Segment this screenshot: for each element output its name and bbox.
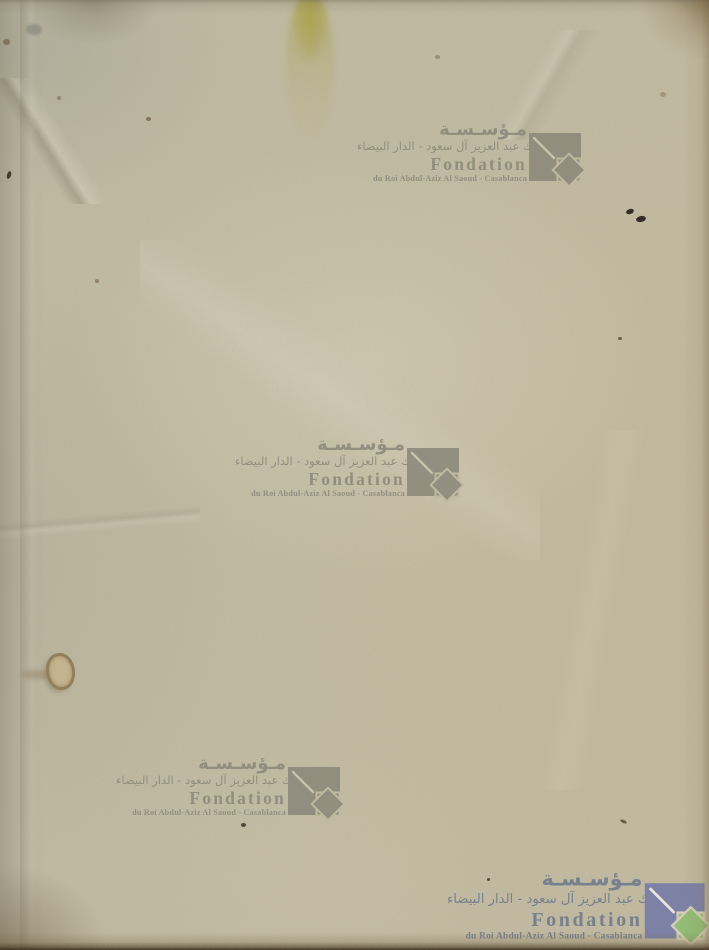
watermark-arabic-title: مـؤسـسـة: [116, 755, 286, 773]
paper-crease: [0, 498, 200, 542]
ink-speck: [620, 819, 628, 825]
watermark-arabic-title: مـؤسـسـة: [357, 121, 527, 139]
watermark-arabic-subtitle: الملك عبد العزيز آل سعود - الدار البيضاء: [447, 890, 643, 907]
ink-speck: [57, 96, 61, 100]
watermark-latin-title: Fondation: [235, 469, 405, 489]
foundation-watermark-top: مـؤسـسـة الملك عبد العزيز آل سعود - الدا…: [357, 118, 587, 188]
foundation-logo-icon: [529, 132, 587, 188]
ink-speck: [635, 215, 646, 223]
ink-speck: [625, 208, 634, 215]
watermark-latin-title: Fondation: [447, 907, 643, 930]
paper-corner-curl: [635, 0, 709, 150]
scanned-page: مـؤسـسـة الملك عبد العزيز آل سعود - الدا…: [0, 0, 709, 950]
paper-crease: [140, 240, 540, 560]
foundation-logo-icon: [645, 882, 709, 946]
ink-speck: [618, 337, 622, 340]
watermark-arabic-title: مـؤسـسـة: [447, 869, 643, 890]
ink-speck: [95, 279, 99, 283]
yellow-stain: [286, 0, 334, 140]
watermark-text-block: مـؤسـسـة الملك عبد العزيز آل سعود - الدا…: [235, 433, 405, 499]
ink-speck: [146, 117, 151, 121]
paper-crease: [0, 78, 102, 204]
ink-smudge: [26, 24, 42, 35]
ink-speck: [241, 823, 246, 827]
watermark-text-block: مـؤسـسـة الملك عبد العزيز آل سعود - الدا…: [116, 752, 286, 818]
foundation-logo-icon: [407, 447, 465, 503]
foundation-watermark-bottom-left: مـؤسـسـة الملك عبد العزيز آل سعود - الدا…: [116, 752, 346, 822]
ink-speck: [6, 171, 12, 180]
foundation-watermark-bottom-right: مـؤسـسـة الملك عبد العزيز آل سعود - الدا…: [447, 866, 709, 947]
watermark-latin-title: Fondation: [357, 154, 527, 174]
watermark-latin-subtitle: du Roi Abdul-Aziz Al Saoud - Casablanca: [447, 930, 643, 942]
watermark-arabic-subtitle: الملك عبد العزيز آل سعود - الدار البيضاء: [116, 773, 286, 788]
watermark-arabic-subtitle: الملك عبد العزيز آل سعود - الدار البيضاء: [357, 139, 527, 154]
watermark-latin-title: Fondation: [116, 788, 286, 808]
watermark-latin-subtitle: du Roi Abdul-Aziz Al Saoud - Casablanca: [235, 489, 405, 499]
ink-speck: [435, 55, 440, 59]
paper-crease: [470, 430, 709, 790]
watermark-arabic-subtitle: الملك عبد العزيز آل سعود - الدار البيضاء: [235, 454, 405, 469]
paper-crease: [20, 0, 38, 950]
watermark-latin-subtitle: du Roi Abdul-Aziz Al Saoud - Casablanca: [116, 808, 286, 818]
watermark-text-block: مـؤسـسـة الملك عبد العزيز آل سعود - الدا…: [357, 118, 527, 184]
foundation-watermark-middle: مـؤسـسـة الملك عبد العزيز آل سعود - الدا…: [235, 433, 465, 503]
watermark-text-block: مـؤسـسـة الملك عبد العزيز آل سعود - الدا…: [447, 866, 643, 942]
watermark-latin-subtitle: du Roi Abdul-Aziz Al Saoud - Casablanca: [357, 174, 527, 184]
ink-speck: [660, 92, 666, 97]
ink-speck: [3, 39, 10, 45]
paper-blotch: [44, 651, 78, 692]
watermark-arabic-title: مـؤسـسـة: [235, 436, 405, 454]
foundation-logo-icon: [288, 766, 346, 822]
